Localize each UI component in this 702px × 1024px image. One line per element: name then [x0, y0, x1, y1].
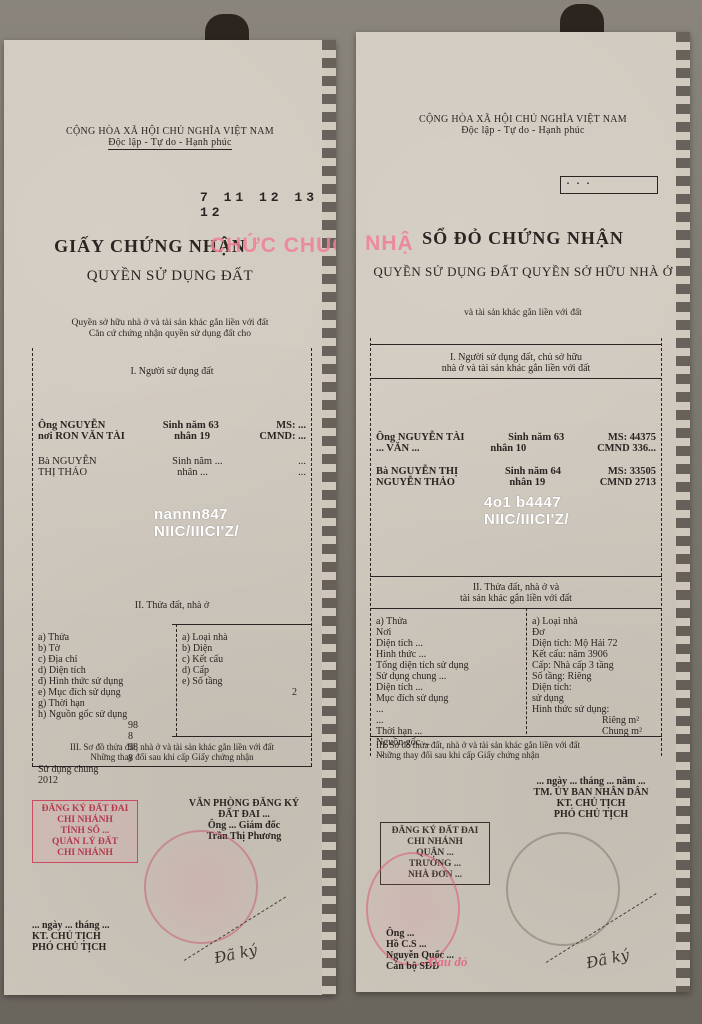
land-box-heading: II. Thửa đất, nhà ở [32, 600, 312, 611]
owner-id: CMND 2713 [600, 477, 656, 488]
official-seal [506, 832, 620, 946]
land-heading-line: tài sản khác gắn liền với đất [370, 593, 662, 604]
signatory-line: Ông ... [386, 928, 454, 939]
land-line: a) Thửa [38, 632, 138, 643]
column-divider [176, 624, 177, 736]
owner-box-heading: I. Người sử dụng đất, chủ sở hữu nhà ở v… [370, 352, 662, 374]
stamp-line: TỈNH SỐ ... [37, 826, 133, 837]
stamp-line: CHI NHÁNH [37, 815, 133, 826]
divider [370, 736, 662, 737]
divider [172, 624, 312, 625]
owner-birth: Sinh năm 64 [505, 466, 561, 477]
land-line: a) Loại nhà [532, 616, 642, 627]
note-text: III. Sơ đồ thửa đất, nhà ở và tài sản kh… [38, 742, 306, 762]
land-line: c) Địa chỉ [38, 654, 138, 665]
header-motto: Độc lập - Tự do - Hạnh phúc [108, 137, 232, 150]
header-republic: CỘNG HÒA XÃ HỘI CHỦ NGHĨA VIỆT NAM Độc l… [4, 126, 336, 150]
watermark-text: DC NHẬ [356, 232, 414, 256]
land-line: a) Loại nhà [182, 632, 297, 643]
owner-birth: nhân 19 [174, 431, 210, 442]
owner-id: CMND 336... [597, 443, 656, 454]
owner-id: MS: 44375 [608, 432, 656, 443]
owner-name: Bà NGUYỄN [38, 456, 97, 467]
serial-number: 7 11 12 13 12 [200, 190, 336, 220]
land-line: c) Kết cấu [182, 654, 297, 665]
land-line: b) Tờ [38, 643, 138, 654]
owner-birth: Sinh năm 63 [508, 432, 564, 443]
intro-line: Căn cứ chứng nhận quyền sử dụng đất cho [30, 329, 310, 340]
land-right-column: a) Loại nhà Đơ Diện tích: Mộ Hải 72 Kết … [532, 616, 642, 737]
divider [370, 344, 662, 345]
owner-row: ... VĂN ... nhân 10 CMND 336... [376, 443, 656, 454]
owner-id: ... [298, 467, 306, 478]
owner-birth: Sinh năm 63 [163, 420, 219, 431]
land-line: Hình thức ... [376, 649, 469, 660]
owner-row: THỊ THẢO nhân ... ... [38, 467, 306, 478]
land-line: Diện tích ... [376, 638, 469, 649]
land-left-column: a) Thửa b) Tờ c) Địa chỉ d) Diện tích đ)… [38, 632, 138, 786]
owner-name: nơi RON VĂN TÀI [38, 431, 125, 442]
official-line: KT. CHỦ TỊCH [516, 798, 666, 809]
land-line: Số tầng: Riêng [532, 671, 642, 682]
official-line: VĂN PHÒNG ĐĂNG KÝ [174, 798, 314, 809]
owner-land-box: I. Người sử dụng đất, chủ sở hữu nhà ở v… [370, 338, 662, 756]
land-heading-line: II. Thửa đất, nhà ở và [370, 582, 662, 593]
land-left-column: a) Thửa Nơi Diện tích ... Hình thức ... … [376, 616, 469, 759]
stamp-line: CHI NHÁNH [385, 837, 485, 848]
note-line: Những thay đổi sau khi cấp Giấy chứng nh… [376, 750, 656, 760]
land-line: Hình thức sử dụng: [532, 704, 642, 715]
owner-birth: nhân ... [177, 467, 208, 478]
divider [32, 766, 312, 767]
divider [172, 736, 312, 737]
divider [370, 608, 662, 609]
land-line: sử dụng [532, 693, 642, 704]
watermark-code-line: NIIC/IIICI'Z/ [484, 511, 569, 528]
land-line: e) Số tầng [182, 676, 297, 687]
border-right [311, 348, 312, 766]
watermark-number: 4o1 b4447 NIIC/IIICI'Z/ [484, 494, 569, 528]
owner-name: Ông NGUYỄN [38, 420, 105, 431]
serial-number: ... [565, 177, 595, 188]
intro-text: Quyền sở hữu nhà ở và tài sản khác gắn l… [30, 318, 310, 340]
land-line: 2012 [38, 775, 138, 786]
intro-text: và tài sản khác gắn liền với đất [382, 308, 664, 319]
stamp-line: CHI NHÁNH [37, 848, 133, 859]
land-line: h) Nguồn gốc sử dụng [38, 709, 138, 720]
stamp-line: ĐĂNG KÝ ĐẤT ĐAI [385, 826, 485, 837]
land-line: Riêng m² [532, 715, 642, 726]
owner-box-heading: I. Người sử dụng đất [32, 366, 312, 377]
owner-land-box: I. Người sử dụng đất Ông NGUYỄN Sinh năm… [32, 348, 312, 766]
signature: Đã ký [585, 946, 631, 973]
owner-heading-line: I. Người sử dụng đất, chủ sở hữu [370, 352, 662, 363]
note-line: III. Sơ đồ thửa đất, nhà ở và tài sản kh… [38, 742, 306, 752]
land-line: Tổng diện tích sử dụng [376, 660, 469, 671]
land-line: Diện tích: [532, 682, 642, 693]
serial-number-box: ... [560, 176, 658, 194]
signatory-line: ... ngày ... tháng ... [32, 920, 110, 931]
land-line: Nơi [376, 627, 469, 638]
owner-row: Bà NGUYỄN THỊ Sinh năm 64 MS: 33505 [376, 466, 656, 477]
land-line: Mục đích sử dụng [376, 693, 469, 704]
document-subtitle: QUYỀN SỬ DỤNG ĐẤT QUYỀN SỞ HỮU NHÀ Ở [356, 264, 690, 280]
official-text: ... ngày ... tháng ... năm ... TM. ỦY BA… [516, 776, 666, 820]
signatory-line: KT. CHỦ TỊCH [32, 931, 110, 942]
owner-name: Bà NGUYỄN THỊ [376, 466, 458, 477]
watermark-number-line: nannn847 [154, 506, 239, 523]
land-line: Diện tích ... [376, 682, 469, 693]
divider [370, 576, 662, 577]
header-motto: Độc lập - Tự do - Hạnh phúc [356, 125, 690, 136]
stamp-line: ĐĂNG KÝ ĐẤT ĐAI [37, 804, 133, 815]
official-line: ... ngày ... tháng ... năm ... [516, 776, 666, 787]
owner-id: CMND: ... [259, 431, 306, 442]
intro-line: Quyền sở hữu nhà ở và tài sản khác gắn l… [30, 318, 310, 329]
signatory-line: PHÓ CHỦ TỊCH [32, 942, 110, 953]
land-line: e) Mục đích sử dụng [38, 687, 138, 698]
land-line: ... [376, 704, 469, 715]
official-seal [144, 830, 258, 944]
land-line: Đơ [532, 627, 642, 638]
left-document: CỘNG HÒA XÃ HỘI CHỦ NGHĨA VIỆT NAM Độc l… [4, 40, 336, 995]
note-line: Những thay đổi sau khi cấp Giấy chứng nh… [38, 752, 306, 762]
divider [370, 378, 662, 379]
sheet-edge [676, 32, 690, 992]
owner-name: THỊ THẢO [38, 467, 87, 478]
owner-id: ... [298, 456, 306, 467]
owner-row: Ông NGUYỄN TÀI Sinh năm 63 MS: 44375 [376, 432, 656, 443]
watermark-text: CHỨC CHUỖNG NHẬ [210, 234, 336, 258]
header-line: CỘNG HÒA XÃ HỘI CHỦ NGHĨA VIỆT NAM [356, 114, 690, 125]
signatory-line: Hồ C.S ... [386, 939, 454, 950]
signatory-text: ... ngày ... tháng ... KT. CHỦ TỊCH PHÓ … [32, 920, 110, 953]
border-right [661, 338, 662, 756]
official-line: TM. ỦY BAN NHÂN DÂN [516, 787, 666, 798]
watermark-number-line: 4o1 b4447 [484, 494, 569, 511]
land-line: a) Thửa [376, 616, 469, 627]
red-signature: Dấu đỏ [428, 954, 467, 970]
sheet-edge [322, 40, 336, 995]
right-document: CỘNG HÒA XÃ HỘI CHỦ NGHĨA VIỆT NAM Độc l… [356, 32, 690, 992]
stamp-line: QUẢN LÝ ĐẤT [37, 837, 133, 848]
owner-row: NGUYỄN THẢO nhân 19 CMND 2713 [376, 477, 656, 488]
land-line: Kết cấu: năm 3906 [532, 649, 642, 660]
land-line: ... [376, 715, 469, 726]
land-line: Diện tích: Mộ Hải 72 [532, 638, 642, 649]
owner-name: ... VĂN ... [376, 443, 420, 454]
official-line: PHÓ CHỦ TỊCH [516, 809, 666, 820]
owner-row: nơi RON VĂN TÀI nhân 19 CMND: ... [38, 431, 306, 442]
signature: Đã ký [213, 941, 259, 968]
column-divider [526, 608, 527, 734]
owner-heading-line: nhà ở và tài sản khác gắn liền với đất [370, 363, 662, 374]
land-right-column: a) Loại nhà b) Diện c) Kết cấu d) Cấp e)… [182, 632, 297, 698]
land-line: 98 [38, 720, 138, 731]
owner-id: MS: 33505 [608, 466, 656, 477]
border-left [32, 348, 33, 766]
owner-id: MS: ... [276, 420, 306, 431]
land-line: Cấp: Nhà cấp 3 tầng [532, 660, 642, 671]
owner-row: Bà NGUYỄN Sinh năm ... ... [38, 456, 306, 467]
land-line: đ) Hình thức sử dụng [38, 676, 138, 687]
owner-row: Ông NGUYỄN Sinh năm 63 MS: ... [38, 420, 306, 431]
border-left [370, 338, 371, 756]
header-republic: CỘNG HÒA XÃ HỘI CHỦ NGHĨA VIỆT NAM Độc l… [356, 114, 690, 136]
land-line: g) Thời hạn [38, 698, 138, 709]
land-line: d) Cấp [182, 665, 297, 676]
watermark-number: nannn847 NIIC/IIICI'Z/ [154, 506, 239, 540]
owner-name: Ông NGUYỄN TÀI [376, 432, 465, 443]
official-line: ĐẤT ĐAI ... [174, 809, 314, 820]
land-line: 8 [38, 731, 138, 742]
owner-birth: nhân 10 [490, 443, 526, 454]
land-line: 2 [182, 687, 297, 698]
land-box-heading: II. Thửa đất, nhà ở và tài sản khác gắn … [370, 582, 662, 604]
land-line: Sử dụng chung ... [376, 671, 469, 682]
document-subtitle: QUYỀN SỬ DỤNG ĐẤT [4, 268, 336, 285]
header-line: CỘNG HÒA XÃ HỘI CHỦ NGHĨA VIỆT NAM [4, 126, 336, 137]
owner-birth: Sinh năm ... [172, 456, 222, 467]
watermark-code-line: NIIC/IIICI'Z/ [154, 523, 239, 540]
owner-name: NGUYỄN THẢO [376, 477, 455, 488]
registration-stamp: ĐĂNG KÝ ĐẤT ĐAI CHI NHÁNH TỈNH SỐ ... QU… [32, 800, 138, 863]
land-line: d) Diện tích [38, 665, 138, 676]
note-text: III. Sơ đồ thửa đất, nhà ở và tài sản kh… [376, 740, 656, 760]
owner-birth: nhân 19 [509, 477, 545, 488]
land-line: b) Diện [182, 643, 297, 654]
note-line: III. Sơ đồ thửa đất, nhà ở và tài sản kh… [376, 740, 656, 750]
